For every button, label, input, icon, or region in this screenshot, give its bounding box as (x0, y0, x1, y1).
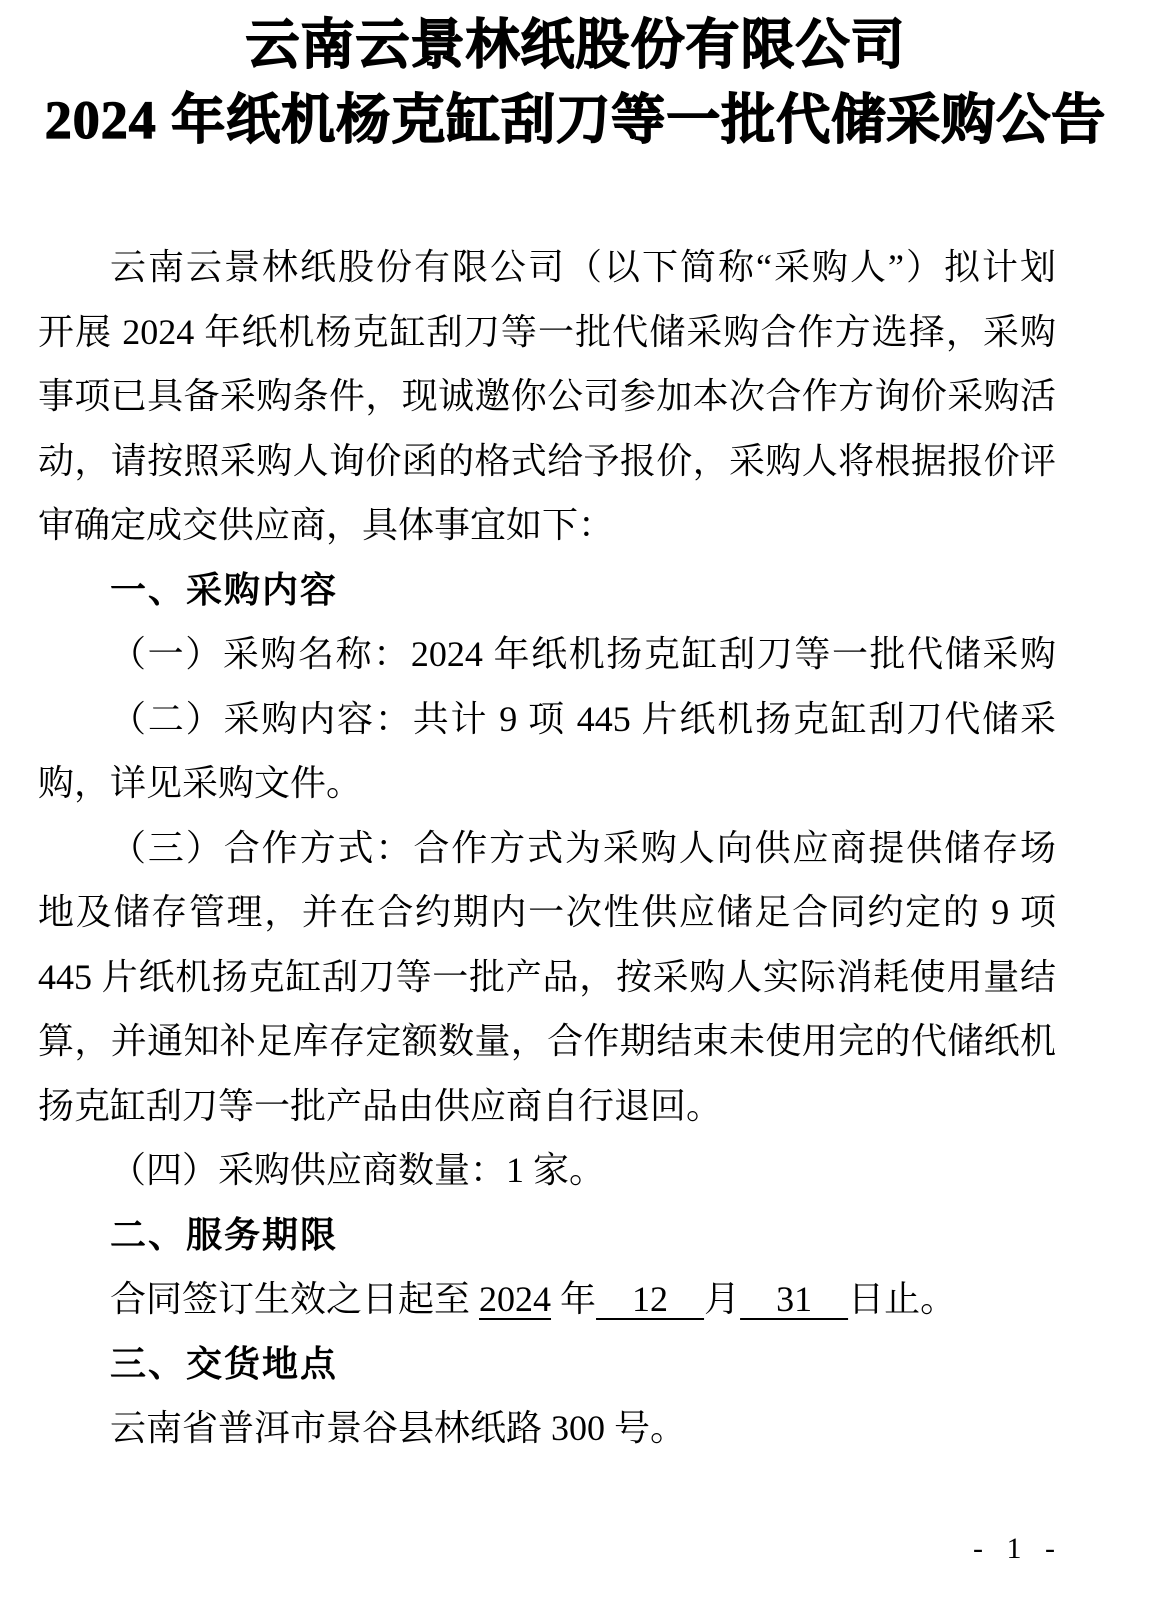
doc-title-line-2: 2024 年纸机杨克缸刮刀等一批代储采购公告 (0, 83, 1151, 158)
text-segment: 日止。 (848, 1279, 956, 1319)
document-title: 云南云景林纸股份有限公司 2024 年纸机杨克缸刮刀等一批代储采购公告 (0, 0, 1151, 158)
underlined-field: 31 (740, 1279, 848, 1319)
text-line: 扬克缸刮刀等一批产品由供应商自行退回。 (38, 1074, 1056, 1139)
text-line: 地及储存管理，并在合约期内一次性供应储足合同约定的 9 项 (38, 880, 1056, 945)
text-segment: 年 (551, 1279, 596, 1319)
text-line: 合同签订生效之日起至 2024 年 12 月 31 日止。 (38, 1267, 1056, 1332)
text-line: 审确定成交供应商，具体事宜如下： (38, 493, 1056, 558)
document-body: 云南云景林纸股份有限公司（以下简称“采购人”）拟计划开展 2024 年纸机杨克缸… (38, 235, 1056, 1461)
text-segment: 合同签订生效之日起至 (110, 1279, 479, 1319)
text-line: 算，并通知补足库存定额数量，合作期结束未使用完的代储纸机 (38, 1009, 1056, 1074)
text-line: （三）合作方式：合作方式为采购人向供应商提供储存场 (38, 816, 1056, 881)
text-segment: 月 (704, 1279, 740, 1319)
section-heading: 三、交货地点 (38, 1332, 1056, 1397)
text-line: 云南省普洱市景谷县林纸路 300 号。 (38, 1396, 1056, 1461)
page-number: - 1 - (973, 1532, 1063, 1566)
text-line: 445 片纸机扬克缸刮刀等一批产品，按采购人实际消耗使用量结 (38, 945, 1056, 1010)
text-line: 事项已具备采购条件，现诚邀你公司参加本次合作方询价采购活 (38, 364, 1056, 429)
text-line: （一）采购名称：2024 年纸机扬克缸刮刀等一批代储采购 (38, 622, 1056, 687)
text-line: 云南云景林纸股份有限公司（以下简称“采购人”）拟计划 (38, 235, 1056, 300)
document-page: 云南云景林纸股份有限公司 2024 年纸机杨克缸刮刀等一批代储采购公告 云南云景… (0, 0, 1151, 1600)
text-line: 开展 2024 年纸机杨克缸刮刀等一批代储采购合作方选择，采购 (38, 300, 1056, 365)
section-heading: 二、服务期限 (38, 1203, 1056, 1268)
doc-title-line-1: 云南云景林纸股份有限公司 (0, 8, 1151, 83)
text-line: 购，详见采购文件。 (38, 751, 1056, 816)
underlined-field: 2024 (479, 1279, 551, 1319)
underlined-field: 12 (596, 1279, 704, 1319)
text-line: （二）采购内容：共计 9 项 445 片纸机扬克缸刮刀代储采 (38, 687, 1056, 752)
section-heading: 一、采购内容 (38, 558, 1056, 623)
text-line: （四）采购供应商数量：1 家。 (38, 1138, 1056, 1203)
text-line: 动，请按照采购人询价函的格式给予报价，采购人将根据报价评 (38, 429, 1056, 494)
